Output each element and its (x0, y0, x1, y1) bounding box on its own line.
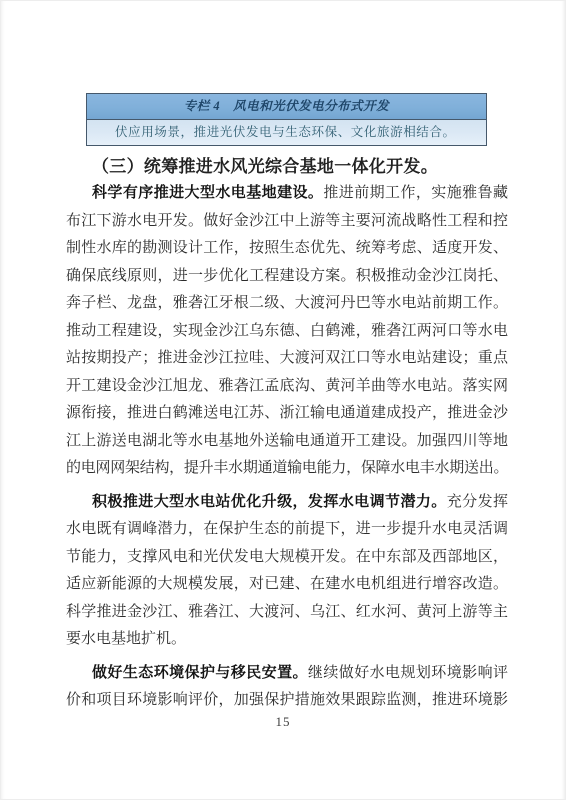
text-line: 江上游送电湖北等水电基地外送输电通道开工建设。加强四川等地 (66, 428, 508, 456)
text-line: 适应新能源的大规模发展，对已建、在建水电机组进行增容改造。 (66, 571, 508, 599)
paragraph-text: 奔子栏、龙盘，雅砻江牙根二级、大渡河丹巴等水电站前期工作。 (66, 295, 508, 311)
text-line: 价和项目环境影响评价，加强保护措施效果跟踪监测，推进环境影 (66, 687, 508, 715)
section-heading: （三）统筹推进水风光综合基地一体化开发。 (66, 153, 508, 180)
paragraph-text: 站按期投产；推进金沙江拉哇、大渡河双江口等水电站建设；重点 (66, 350, 508, 366)
paragraph-text: 要水电基地扩机。 (66, 631, 186, 647)
paragraph-text: 价和项目环境影响评价，加强保护措施效果跟踪监测，推进环境影 (66, 692, 508, 708)
paragraph-text: 的电网网架结构，提升丰水期通道输电能力，保障水电丰水期送出。 (66, 460, 508, 476)
text-line: 水电既有调峰潜力，在保护生态的前提下，进一步提升水电灵活调 (66, 516, 508, 544)
paragraph-text: 节能力，支撑风电和光伏发电大规模开发。在中东部及西部地区， (66, 549, 508, 565)
text-line: 站按期投产；推进金沙江拉哇、大渡河双江口等水电站建设；重点 (66, 345, 508, 373)
text-line: 推动工程建设，实现金沙江乌东德、白鹤滩，雅砻江两河口等水电 (66, 318, 508, 346)
paragraph-text: 江上游送电湖北等水电基地外送输电通道开工建设。加强四川等地 (66, 433, 508, 449)
text-line: 布江下游水电开发。做好金沙江中上游等主要河流战略性工程和控 (66, 208, 508, 236)
paragraph-text: 开工建设金沙江旭龙、雅砻江孟底沟、黄河羊曲等水电站。落实网 (66, 378, 508, 394)
text-line: 开工建设金沙江旭龙、雅砻江孟底沟、黄河羊曲等水电站。落实网 (66, 373, 508, 401)
paragraph-text: 布江下游水电开发。做好金沙江中上游等主要河流战略性工程和控 (66, 213, 508, 229)
text-line: 科学有序推进大型水电基地建设。推进前期工作，实施雅鲁藏 (66, 180, 508, 208)
callout-box-text: 伏应用场景，推进光伏发电与生态环保、文化旅游相结合。 (87, 120, 486, 145)
text-line: 确保底线原则，进一步优化工程建设方案。积极推动金沙江岗托、 (66, 263, 508, 291)
paragraph-lead-bold: 积极推进大型水电站优化升级，发挥水电调节潜力。 (92, 494, 447, 510)
text-line: 积极推进大型水电站优化升级，发挥水电调节潜力。充分发挥 (66, 489, 508, 517)
text-line: 制性水库的勘测设计工作，按照生态优先、统筹考虑、适度开发、 (66, 235, 508, 263)
text-line: 源衔接，推进白鹤滩送电江苏、浙江输电通道建成投产，推进金沙 (66, 400, 508, 428)
paragraph-text: 科学推进金沙江、雅砻江、大渡河、乌江、红水河、黄河上游等主 (66, 604, 508, 620)
paragraph-lead-bold: 科学有序推进大型水电基地建设。 (92, 185, 323, 201)
page-number: 15 (0, 714, 566, 730)
paragraph: 科学有序推进大型水电基地建设。推进前期工作，实施雅鲁藏布江下游水电开发。做好金沙… (66, 180, 508, 483)
paragraph-text: 源衔接，推进白鹤滩送电江苏、浙江输电通道建成投产，推进金沙 (66, 405, 508, 421)
callout-box: 专栏 4 风电和光伏发电分布式开发 伏应用场景，推进光伏发电与生态环保、文化旅游… (86, 93, 487, 146)
paragraph-text: 确保底线原则，进一步优化工程建设方案。积极推动金沙江岗托、 (66, 268, 508, 284)
paragraph-text: 推进前期工作，实施雅鲁藏 (323, 185, 508, 201)
paragraph: 积极推进大型水电站优化升级，发挥水电调节潜力。充分发挥水电既有调峰潜力，在保护生… (66, 489, 508, 654)
paragraph-text: 继续做好水电规划环境影响评 (308, 665, 508, 681)
document-page: 专栏 4 风电和光伏发电分布式开发 伏应用场景，推进光伏发电与生态环保、文化旅游… (0, 0, 566, 800)
text-line: 奔子栏、龙盘，雅砻江牙根二级、大渡河丹巴等水电站前期工作。 (66, 290, 508, 318)
text-line: 节能力，支撑风电和光伏发电大规模开发。在中东部及西部地区， (66, 544, 508, 572)
paragraph-text: 充分发挥 (447, 494, 508, 510)
paragraph-text: 水电既有调峰潜力，在保护生态的前提下，进一步提升水电灵活调 (66, 521, 508, 537)
text-column: 专栏 4 风电和光伏发电分布式开发 伏应用场景，推进光伏发电与生态环保、文化旅游… (66, 0, 508, 715)
text-line: 要水电基地扩机。 (66, 626, 508, 654)
paragraph: 做好生态环境保护与移民安置。继续做好水电规划环境影响评价和项目环境影响评价，加强… (66, 660, 508, 715)
callout-box-title: 专栏 4 风电和光伏发电分布式开发 (87, 94, 486, 120)
text-line: 做好生态环境保护与移民安置。继续做好水电规划环境影响评 (66, 660, 508, 688)
body-text: 科学有序推进大型水电基地建设。推进前期工作，实施雅鲁藏布江下游水电开发。做好金沙… (66, 180, 508, 715)
paragraph-text: 适应新能源的大规模发展，对已建、在建水电机组进行增容改造。 (66, 576, 508, 592)
text-line: 科学推进金沙江、雅砻江、大渡河、乌江、红水河、黄河上游等主 (66, 599, 508, 627)
paragraph-text: 推动工程建设，实现金沙江乌东德、白鹤滩，雅砻江两河口等水电 (66, 323, 508, 339)
text-line: 的电网网架结构，提升丰水期通道输电能力，保障水电丰水期送出。 (66, 455, 508, 483)
paragraph-text: 制性水库的勘测设计工作，按照生态优先、统筹考虑、适度开发、 (66, 240, 508, 256)
paragraph-lead-bold: 做好生态环境保护与移民安置。 (92, 665, 308, 681)
